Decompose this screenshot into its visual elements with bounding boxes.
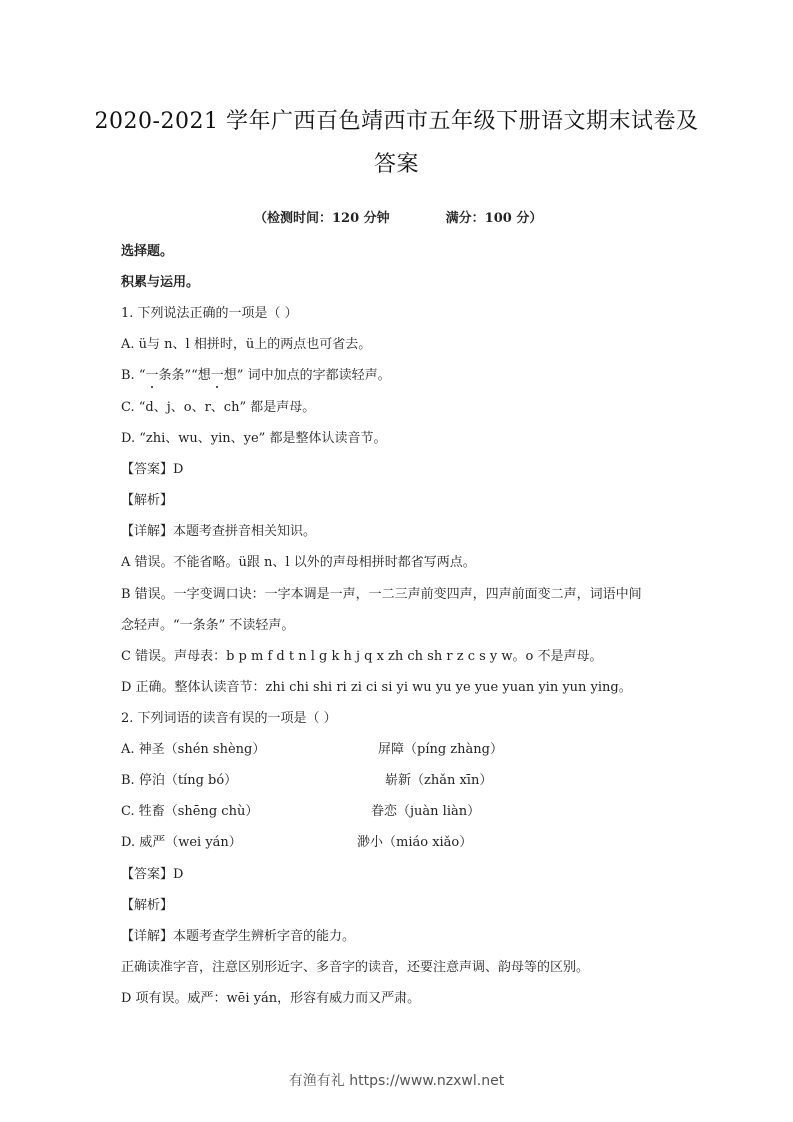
- q1-explanation-b-cont: 念轻声。“一条条” 不读轻声。: [121, 614, 294, 633]
- q1-answer: 【答案】D: [121, 458, 183, 477]
- q2-option-b-right: 崭新（zhǎn xīn）: [385, 769, 492, 788]
- q2-option-d-right: 渺小（miáo xiǎo）: [357, 831, 472, 850]
- q2-answer: 【答案】D: [121, 863, 183, 882]
- q1-explanation-b: B 错误。一字变调口诀：一字本调是一声，一二三声前变四声，四声前面变二声，词语中…: [121, 583, 642, 602]
- q2-option-a-right: 屏障（píng zhàng）: [378, 738, 503, 757]
- section-heading: 选择题。: [121, 240, 173, 259]
- q2-detail: 【详解】本题考查学生辨析字音的能力。: [121, 925, 355, 944]
- document-title-line1: 2020-2021 学年广西百色靖西市五年级下册语文期末试卷及: [0, 104, 793, 135]
- q1-option-a: A. ü与 n、l 相拼时，ü上的两点也可省去。: [121, 333, 371, 352]
- q2-option-c-left: C. 牲畜（shēng chù）: [121, 800, 258, 819]
- exam-time: （检测时间：120 分钟: [254, 211, 390, 226]
- q1-option-b-mid: 条条”“想: [158, 368, 210, 383]
- q2-explanation-2: D 项有误。威严：wēi yán，形容有威力而又严肃。: [121, 987, 420, 1006]
- q2-option-b-left: B. 停泊（tíng bó）: [121, 769, 237, 788]
- document-page: 2020-2021 学年广西百色靖西市五年级下册语文期末试卷及 答案 （检测时间…: [0, 0, 793, 1122]
- footer-watermark: 有渔有礼 https://www.nzxwl.net: [0, 1070, 793, 1090]
- q2-analysis-label: 【解析】: [121, 894, 173, 913]
- q1-explanation-a: A 错误。不能省略。ü跟 n、l 以外的声母相拼时都省写两点。: [121, 551, 476, 570]
- q1-explanation-c: C 错误。声母表：b p m f d t n l g k h j q x zh …: [121, 645, 602, 664]
- q2-explanation-1: 正确读准字音，注意区别形近字、多音字的读音，还要注意声调、韵母等的区别。: [121, 956, 589, 975]
- q2-option-a-left: A. 神圣（shén shèng）: [121, 738, 265, 757]
- exam-score: 满分：100 分）: [446, 211, 543, 226]
- q2-option-d-left: D. 威严（wei yán）: [121, 831, 242, 850]
- q2-stem: 2. 下列词语的读音有误的一项是（ ）: [121, 707, 337, 726]
- q1-option-d: D. “zhi、wu、yin、ye” 都是整体认读音节。: [121, 427, 386, 446]
- document-title-line2: 答案: [0, 147, 793, 178]
- q1-detail: 【详解】本题考查拼音相关知识。: [121, 520, 316, 539]
- q1-option-b: B. “一条条”“想一想” 词中加点的字都读轻声。: [121, 364, 391, 383]
- subsection-heading: 积累与运用。: [121, 271, 199, 290]
- dotted-char: 一: [145, 364, 158, 383]
- q1-analysis-label: 【解析】: [121, 489, 173, 508]
- exam-meta: （检测时间：120 分钟满分：100 分）: [254, 207, 542, 226]
- dotted-char: 一: [211, 364, 224, 383]
- q1-option-c: C. “d、j、o、r、ch” 都是声母。: [121, 396, 315, 415]
- q1-explanation-d: D 正确。整体认读音节：zhi chi shi ri zi ci si yi w…: [121, 676, 632, 695]
- q1-option-b-prefix: B. “: [121, 368, 145, 383]
- q1-option-b-suffix: 想” 词中加点的字都读轻声。: [224, 368, 391, 383]
- q2-option-c-right: 眷恋（juàn liàn）: [371, 800, 480, 819]
- q1-stem: 1. 下列说法正确的一项是（ ）: [121, 302, 298, 321]
